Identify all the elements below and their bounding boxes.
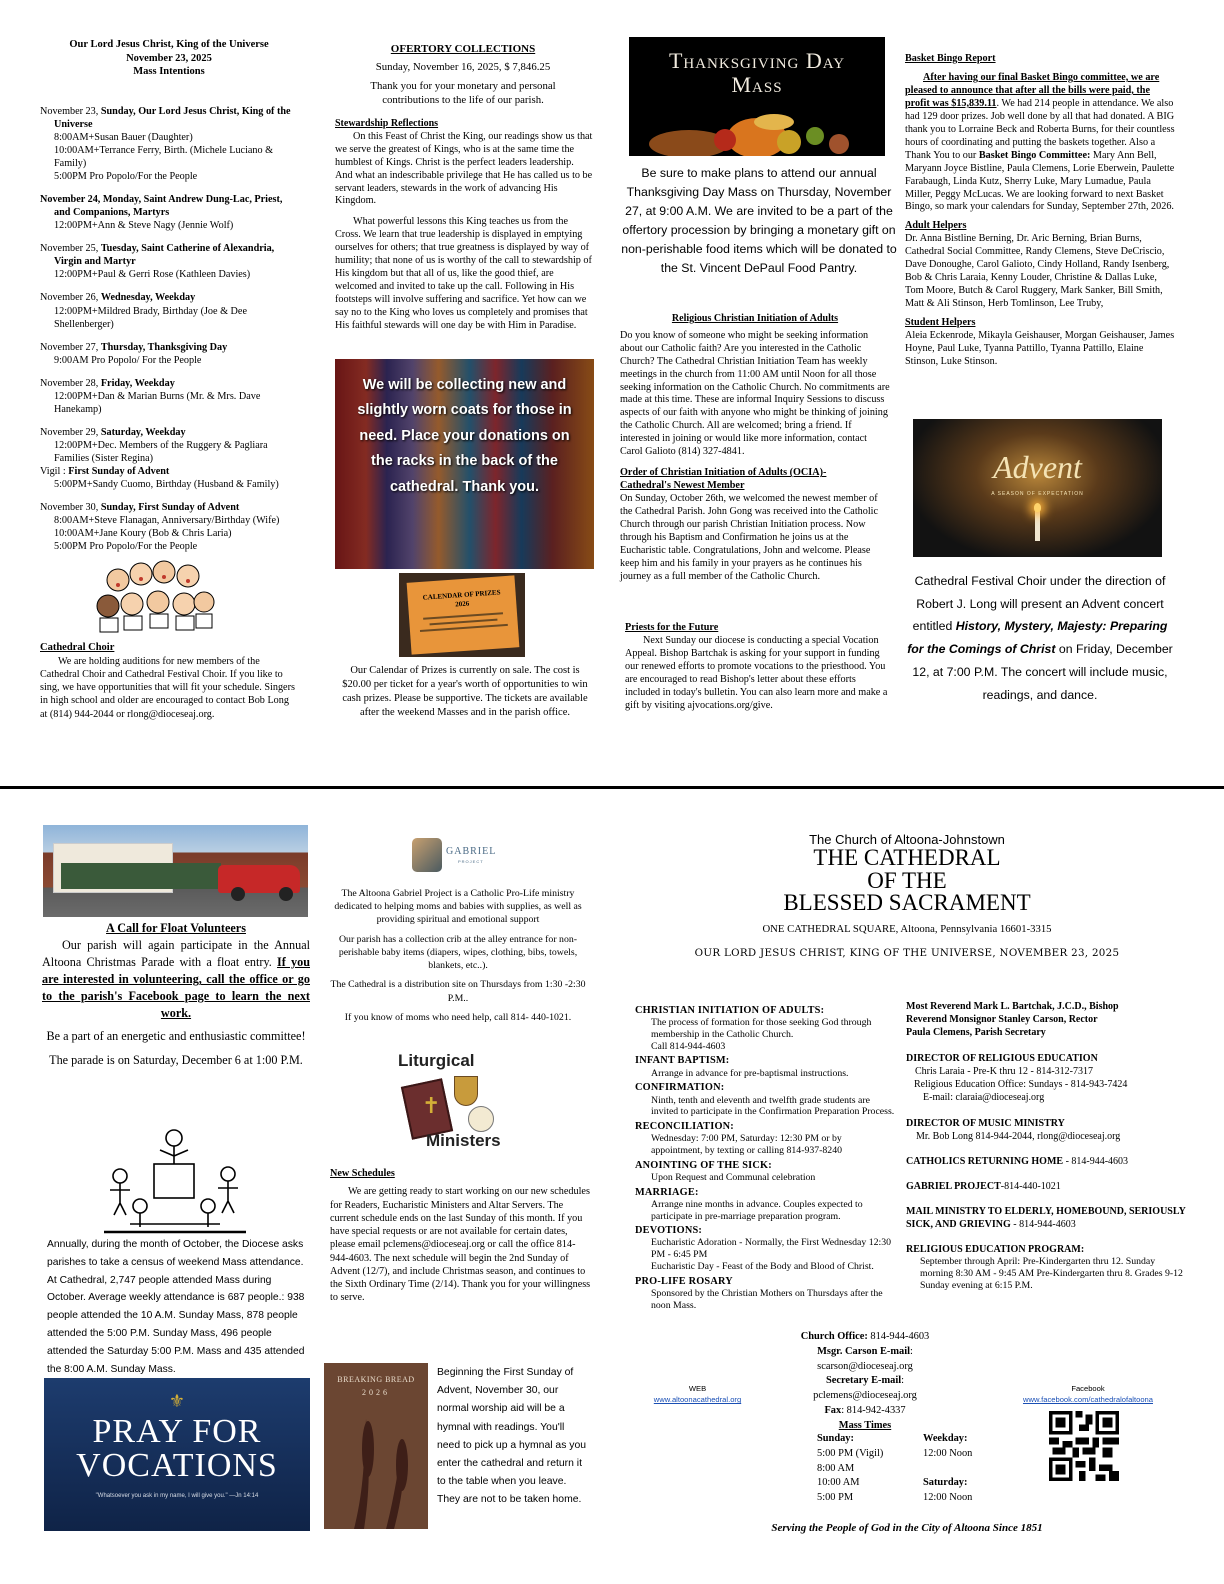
mass-intentions-list: November 23, Sunday, Our Lord Jesus Chri… <box>40 105 298 553</box>
mass-times-sunday: Sunday: 5:00 PM (Vigil) 8:00 AM 10:00 AM… <box>817 1432 917 1506</box>
coat-drive-text: We will be collecting new and slightly w… <box>355 373 574 500</box>
bingo-heading: Basket Bingo Report <box>905 53 1177 66</box>
footer-motto: Serving the People of God in the City of… <box>620 1521 1194 1535</box>
adult-helpers-heading: Adult Helpers <box>905 220 1177 233</box>
dre-title: DIRECTOR OF RELIGIOUS EDUCATION <box>906 1052 1186 1065</box>
advent-concert-text: Cathedral Festival Choir under the direc… <box>906 570 1174 706</box>
rcia-body: Do you know of someone who might be seek… <box>620 330 890 460</box>
fleur-de-lis-icon: ⚜ <box>44 1390 310 1413</box>
offertory-thanks: Thank you for your monetary and personal… <box>333 80 593 108</box>
choir-heading: Cathedral Choir <box>40 641 298 655</box>
adult-helpers-list: Dr. Anna Bistline Berning, Dr. Aric Bern… <box>905 233 1177 311</box>
breaking-bread-text: Beginning the First Sunday of Advent, No… <box>437 1364 587 1510</box>
religious-ed-program-title: RELIGIOUS EDUCATION PROGRAM: <box>906 1243 1186 1256</box>
stewardship-section: Stewardship Reflections On this Feast of… <box>335 118 593 333</box>
contact-block: Church Office: 814-944-4603 Msgr. Carson… <box>790 1330 940 1433</box>
gabriel-p1: The Altoona Gabriel Project is a Catholi… <box>326 887 590 927</box>
bingo-section: Basket Bingo Report After having our fin… <box>905 53 1177 369</box>
mass-intention-item: 12:00PM+Mildred Brady, Birthday (Joe & D… <box>40 305 298 331</box>
vocations-quote: "Whatsoever you ask in my name, I will g… <box>44 1493 310 1501</box>
choir-clipart <box>96 558 216 638</box>
secretary-email[interactable]: pclemens@dioceseaj.org <box>790 1389 940 1404</box>
student-helpers-heading: Student Helpers <box>905 317 1177 330</box>
sacrament-entry: INFANT BAPTISM:Arrange in advance for pr… <box>635 1054 895 1079</box>
page-divider <box>0 786 1224 789</box>
website-link[interactable]: www.altoonacathedral.org <box>630 1394 765 1405</box>
mass-intention-item: 12:00PM+Paul & Gerri Rose (Kathleen Davi… <box>40 268 298 281</box>
thanksgiving-banner: Thanksgiving Day Mass <box>629 37 885 156</box>
calendar-of-prizes-text: Our Calendar of Prizes is currently on s… <box>336 664 594 719</box>
qr-code[interactable] <box>1049 1411 1119 1481</box>
breaking-bread-cover: BREAKING BREAD 2026 <box>324 1363 428 1529</box>
clergy-list: Most Reverend Mark L. Bartchak, J.C.D., … <box>906 1000 1186 1039</box>
religious-ed-program-body: September through April: Pre-Kindergarte… <box>906 1256 1186 1291</box>
float-committee: Be a part of an energetic and enthusiast… <box>42 1028 310 1045</box>
liturgical-ministers-logo: Liturgical ✝ Ministers <box>396 1050 511 1150</box>
mass-times-weekday: Weekday: 12:00 Noon Saturday: 12:00 Noon <box>923 1432 1013 1506</box>
mass-intentions: Our Lord Jesus Christ, King of the Unive… <box>40 38 298 563</box>
sacrament-entry: DEVOTIONS:Eucharistic Adoration - Normal… <box>635 1224 895 1272</box>
gabriel-section: The Altoona Gabriel Project is a Catholi… <box>326 887 590 1024</box>
advent-image: Advent A SEASON OF EXPECTATION <box>913 419 1162 557</box>
float-body: Our parish will again participate in the… <box>42 937 310 1022</box>
gabriel-p4: If you know of moms who need help, call … <box>326 1011 590 1024</box>
parade-float-photo <box>43 825 308 917</box>
new-schedules-body: We are getting ready to start working on… <box>330 1185 592 1304</box>
priests-section: Priests for the Future Next Sunday our d… <box>625 621 893 712</box>
masthead: The Church of Altoona-Johnstown THE CATH… <box>620 833 1194 960</box>
mass-intention-day: November 24, Monday, Saint Andrew Dung-L… <box>40 193 298 232</box>
sacraments-list: CHRISTIAN INITIATION OF ADULTS:The proce… <box>635 1002 895 1311</box>
choir-body: We are holding auditions for new members… <box>40 655 298 721</box>
ocia-body: On Sunday, October 26th, we welcomed the… <box>620 493 890 584</box>
coat-drive-image: We will be collecting new and slightly w… <box>335 359 594 569</box>
mass-intention-item: 9:00AM Pro Popolo/ For the People <box>40 354 298 367</box>
music-director-title: DIRECTOR OF MUSIC MINISTRY <box>906 1117 1186 1130</box>
mass-intention-day: November 28, Friday, Weekday12:00PM+Dan … <box>40 377 298 416</box>
stewardship-paragraph-1: On this Feast of Christ the King, our re… <box>335 131 593 209</box>
offertory-amount: Sunday, November 16, 2025, $ 7,846.25 <box>333 61 593 75</box>
mass-intention-day: November 29, Saturday, Weekday12:00PM+De… <box>40 426 298 491</box>
mass-intention-day: November 27, Thursday, Thanksgiving Day9… <box>40 341 298 367</box>
mass-intention-day: November 25, Tuesday, Saint Catherine of… <box>40 242 298 281</box>
cathedral-name: THE CATHEDRAL OF THE BLESSED SACRAMENT <box>620 847 1194 915</box>
cross-icon: ✝ <box>422 1092 440 1120</box>
mass-intention-item: 5:00PM Pro Popolo/For the People <box>40 170 298 183</box>
facebook-link[interactable]: www.facebook.com/cathedralofaltoona <box>998 1394 1178 1405</box>
mass-intention-item: 5:00PM+Sandy Cuomo, Birthday (Husband & … <box>40 478 298 491</box>
census-section: Annually, during the month of October, t… <box>47 1236 309 1379</box>
facebook-link-block: Facebook www.facebook.com/cathedralofalt… <box>998 1383 1178 1406</box>
staff-directory: Most Reverend Mark L. Bartchak, J.C.D., … <box>906 1000 1186 1291</box>
priests-heading: Priests for the Future <box>625 621 893 634</box>
float-heading: A Call for Float Volunteers <box>42 920 310 937</box>
choir-section: Cathedral Choir We are holding auditions… <box>40 641 298 721</box>
stewardship-paragraph-2: What powerful lessons this King teaches … <box>335 216 593 333</box>
sacrament-entry: CHRISTIAN INITIATION OF ADULTS:The proce… <box>635 1004 895 1052</box>
new-schedules-heading: New Schedules <box>330 1167 592 1180</box>
mass-intention-item: 12:00PM+Dan & Marian Burns (Mr. & Mrs. D… <box>40 390 298 416</box>
sacrament-entry: ANOINTING OF THE SICK:Upon Request and C… <box>635 1159 895 1184</box>
mass-intention-day: November 23, Sunday, Our Lord Jesus Chri… <box>40 105 298 183</box>
student-helpers-list: Aleia Eckenrode, Mikayla Geishauser, Mor… <box>905 330 1177 369</box>
rcia-heading: Religious Christian Initiation of Adults <box>620 313 890 326</box>
sacrament-entry: MARRIAGE:Arrange nine months in advance.… <box>635 1186 895 1223</box>
gabriel-project-logo: GABRIEL PROJECT <box>412 838 502 878</box>
float-volunteers-section: A Call for Float Volunteers Our parish w… <box>42 920 310 1069</box>
mass-intention-item: 12:00PM+Dec. Members of the Ruggery & Pa… <box>40 439 298 465</box>
ocia-heading: Order of Christian Initiation of Adults … <box>620 467 890 493</box>
bingo-body: After having our final Basket Bingo comm… <box>905 72 1177 214</box>
mass-intention-day: November 30, Sunday, First Sunday of Adv… <box>40 501 298 553</box>
catholics-returning-home: CATHOLICS RETURNING HOME - 814-944-4603 <box>906 1155 1186 1168</box>
feast-title: OUR LORD JESUS CHRIST, KING OF THE UNIVE… <box>620 947 1194 960</box>
stewardship-heading: Stewardship Reflections <box>335 118 593 131</box>
mass-intention-item: 8:00AM+Steve Flanagan, Anniversary/Birth… <box>40 514 298 527</box>
priests-body: Next Sunday our diocese is conducting a … <box>625 634 893 712</box>
mass-intention-item: 10:00AM+Terrance Ferry, Birth. (Michele … <box>40 144 298 170</box>
thanksgiving-text: Be sure to make plans to attend our annu… <box>620 164 898 278</box>
mass-intentions-title: Our Lord Jesus Christ, King of the Unive… <box>40 38 298 79</box>
gabriel-p2: Our parish has a collection crib at the … <box>326 933 590 973</box>
sacrament-entry: CONFIRMATION:Ninth, tenth and eleventh a… <box>635 1081 895 1118</box>
gabriel-p3: The Cathedral is a distribution site on … <box>326 978 590 1004</box>
mass-intention-item: 10:00AM+Jane Koury (Bob & Chris Laria) <box>40 527 298 540</box>
mass-intention-item: 8:00AM+Susan Bauer (Daughter) <box>40 131 298 144</box>
offertory-section: OFERTORY COLLECTIONS Sunday, November 16… <box>333 42 593 108</box>
mass-intention-item: 12:00PM+Ann & Steve Nagy (Jennie Wolf) <box>40 219 298 232</box>
gabriel-project-contact: GABRIEL PROJECT-814-440-1021 <box>906 1180 1186 1193</box>
sacrament-entry: RECONCILIATION:Wednesday: 7:00 PM, Satur… <box>635 1120 895 1157</box>
pray-for-vocations-image: ⚜ Pray for Vocations "Whatsoever you ask… <box>44 1378 310 1531</box>
sacrament-entry: PRO-LIFE ROSARYSponsored by the Christia… <box>635 1275 895 1312</box>
msgr-email[interactable]: scarson@dioceseaj.org <box>790 1360 940 1375</box>
thanksgiving-banner-title: Thanksgiving Day Mass <box>629 49 885 97</box>
rcia-section: Religious Christian Initiation of Adults… <box>620 313 890 584</box>
parade-clipart <box>100 1120 250 1238</box>
offertory-heading: OFERTORY COLLECTIONS <box>333 42 593 56</box>
float-parade-date: The parade is on Saturday, December 6 at… <box>42 1052 310 1069</box>
calendar-of-prizes-image: CALENDAR OF PRIZES 2026 <box>399 573 525 657</box>
vocations-title: Pray for Vocations <box>44 1415 310 1483</box>
cathedral-address: ONE CATHEDRAL SQUARE, Altoona, Pennsylva… <box>620 923 1194 937</box>
web-link-block: WEB www.altoonacathedral.org <box>630 1383 765 1406</box>
mass-intention-day: November 26, Wednesday, Weekday12:00PM+M… <box>40 291 298 330</box>
mass-intention-item: 5:00PM Pro Popolo/For the People <box>40 540 298 553</box>
new-schedules-section: New Schedules We are getting ready to st… <box>330 1167 592 1305</box>
mail-ministry: MAIL MINISTRY TO ELDERLY, HOMEBOUND, SER… <box>906 1205 1186 1231</box>
